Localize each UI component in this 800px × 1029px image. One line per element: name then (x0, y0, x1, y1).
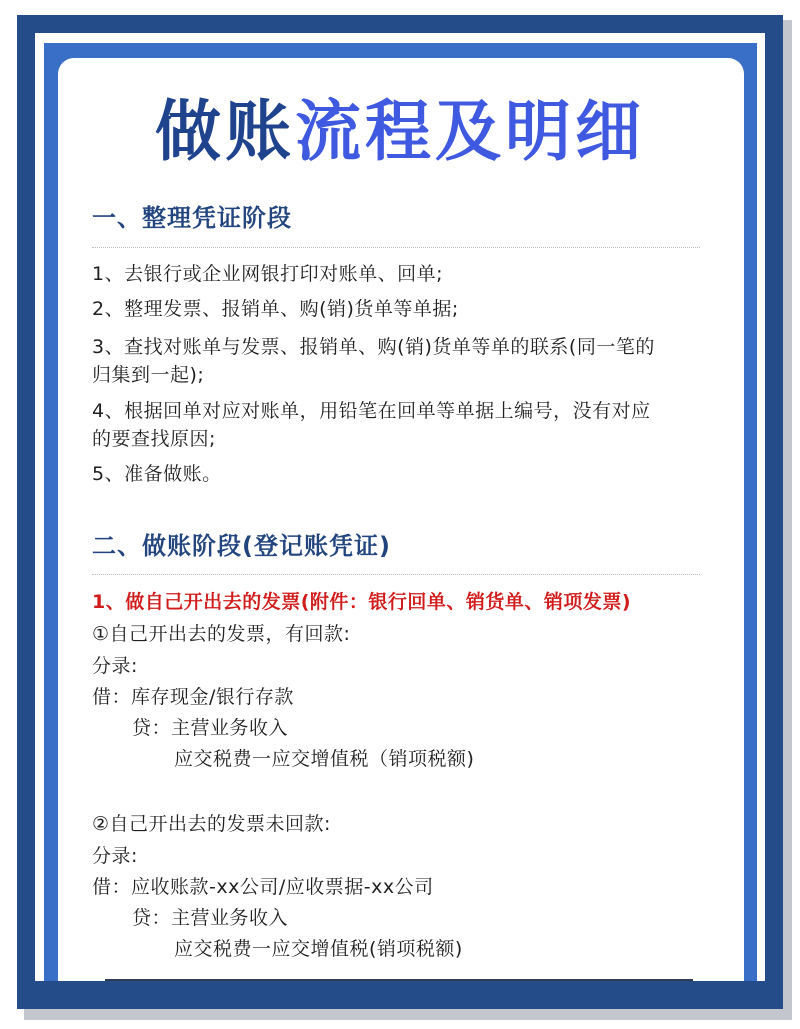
section-1-item-4-cont: 的要查找原因; (92, 426, 216, 452)
case-2-credit-2: 应交税费一应交增值税(销项税额) (174, 936, 463, 962)
section-2-divider (92, 574, 700, 575)
section-1-divider (92, 247, 700, 248)
page-title: 做账流程及明细 (0, 92, 800, 172)
section-1-item-3-cont: 归集到一起); (92, 362, 204, 388)
section-2-subheading: 1、做自己开出去的发票(附件：银行回单、销货单、销项发票) (92, 589, 631, 615)
content-paper (58, 58, 744, 981)
case-2-title: ②自己开出去的发票未回款: (92, 811, 331, 837)
title-part-2: 流程及明细 (295, 93, 645, 170)
title-part-1: 做账 (155, 93, 295, 170)
section-1-heading: 一、整理凭证阶段 (92, 202, 292, 234)
case-1-title: ①自己开出去的发票，有回款: (92, 621, 350, 647)
case-2-debit: 借：应收账款-xx公司/应收票据-xx公司 (92, 874, 434, 900)
section-1-item-5: 5、准备做账。 (92, 461, 222, 487)
case-2-credit: 贷：主营业务收入 (132, 905, 288, 931)
case-1-credit-2: 应交税费一应交增值税（销项税额) (174, 746, 474, 772)
case-1-entry-label: 分录: (92, 653, 138, 679)
section-1-item-3: 3、查找对账单与发票、报销单、购(销)货单等单的联系(同一笔的 (92, 334, 655, 360)
section-2-heading: 二、做账阶段(登记账凭证) (92, 530, 391, 562)
section-1-item-4: 4、根据回单对应对账单，用铅笔在回单等单据上编号，没有对应 (92, 398, 651, 424)
case-2-entry-label: 分录: (92, 843, 138, 869)
case-1-debit: 借：库存现金/银行存款 (92, 684, 294, 710)
bottom-divider-line (105, 979, 693, 981)
section-1-item-1: 1、去银行或企业网银打印对账单、回单; (92, 261, 443, 287)
case-1-credit: 贷：主营业务收入 (132, 715, 288, 741)
section-1-item-2: 2、整理发票、报销单、购(销)货单等单据; (92, 296, 459, 322)
